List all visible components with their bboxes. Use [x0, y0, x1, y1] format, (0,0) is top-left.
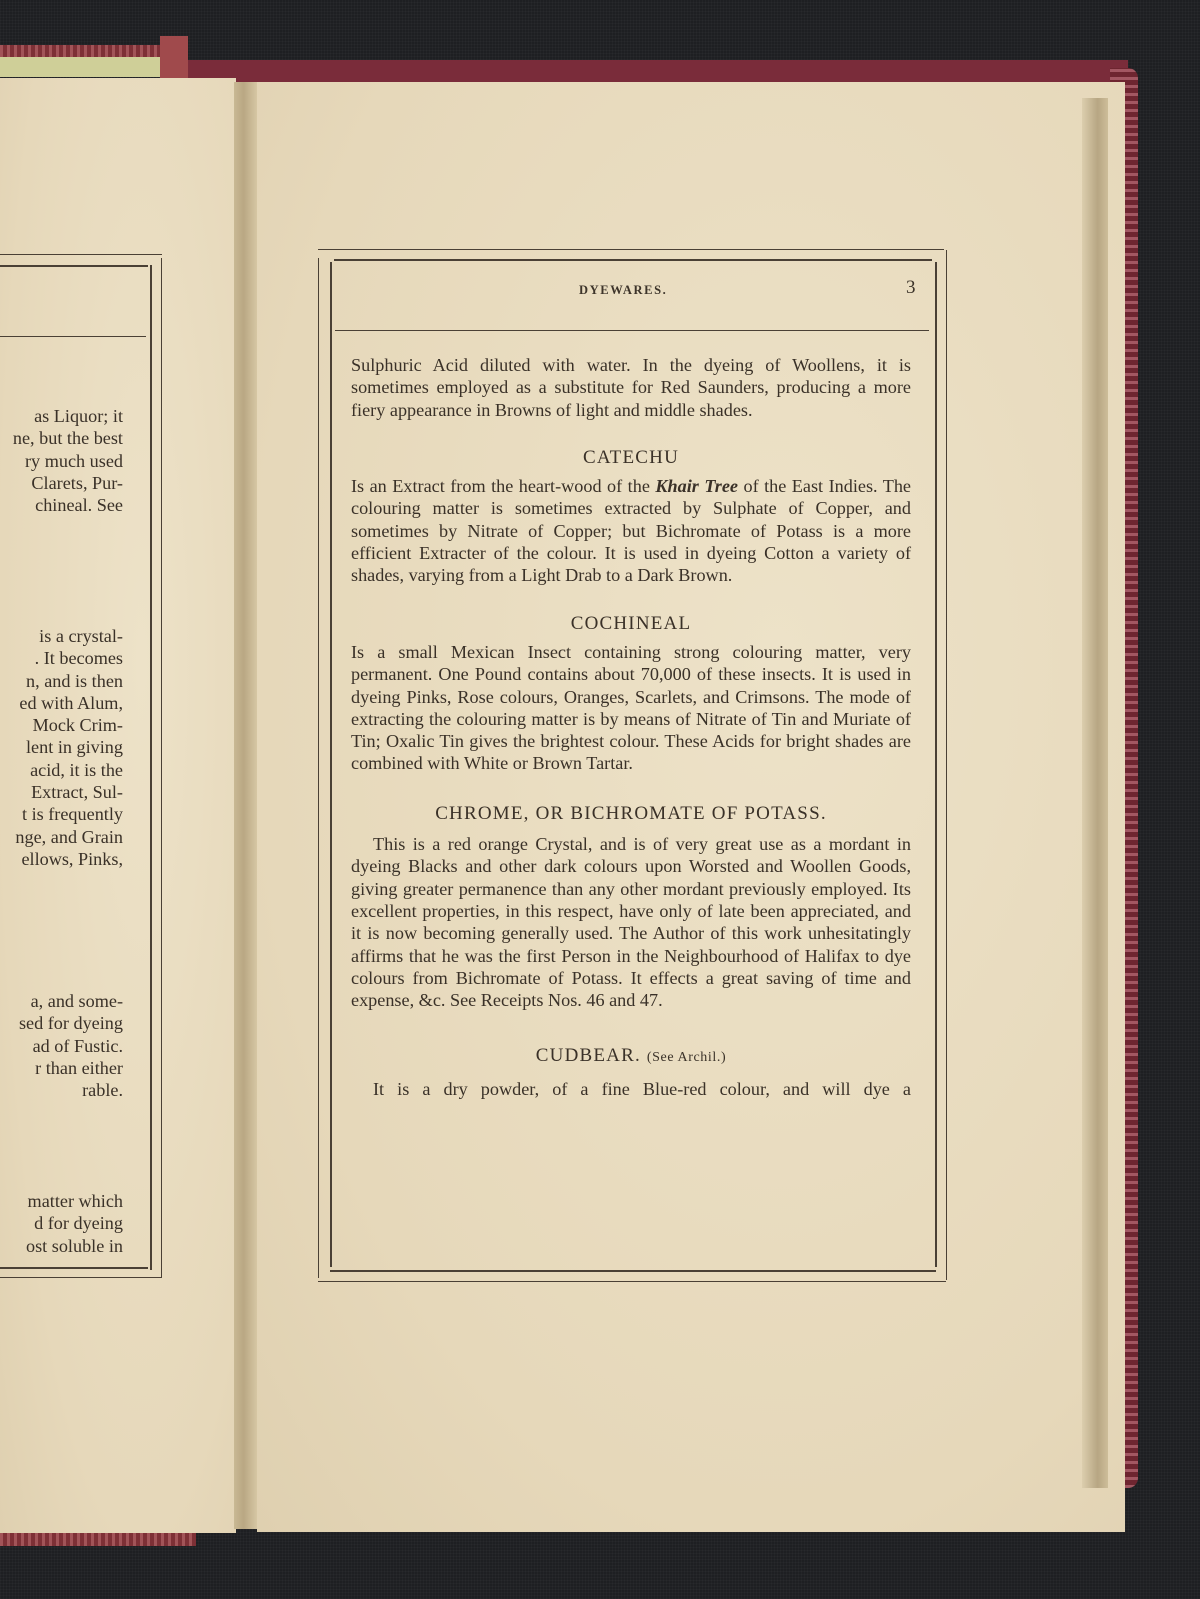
continued-paragraph: Sulphuric Acid diluted with water. In th… [351, 354, 911, 421]
left-frame-inner-bottom [0, 1267, 148, 1269]
right-frame-outer-top [318, 249, 944, 250]
left-frame-inner-right [150, 265, 152, 1270]
entry-heading-chrome: CHROME, OR BICHROMATE OF POTASS. [351, 803, 911, 825]
entry-body-cudbear: It is a dry powder, of a fine Blue-red c… [351, 1078, 911, 1100]
left-cover-bottom-edge [0, 1532, 196, 1546]
left-header-rule [0, 336, 146, 337]
right-page-fore-edge [1082, 98, 1108, 1488]
running-header: DYEWARES. [579, 283, 667, 298]
right-frame-outer-right [946, 250, 947, 1280]
right-frame-inner-bottom [330, 1270, 936, 1272]
right-page-body: Sulphuric Acid diluted with water. In th… [351, 354, 911, 1100]
right-frame-outer-bottom [318, 1281, 946, 1282]
entry-body-chrome: This is a red orange Crystal, and is of … [351, 833, 911, 1011]
entry-heading-cudbear: CUDBEAR. (See Archil.) [351, 1045, 911, 1069]
book-gutter [234, 82, 258, 1529]
cross-reference: (See Archil.) [647, 1050, 726, 1065]
left-frame-inner-top [0, 265, 148, 267]
entry-body-catechu: Is an Extract from the heart-wood of the… [351, 475, 911, 586]
left-endpaper-edge [0, 57, 162, 77]
right-frame-inner-left [330, 262, 332, 1267]
right-frame-inner-right [935, 262, 937, 1267]
right-cover-top-edge [188, 60, 1128, 84]
entry-heading-catechu: CATECHU [351, 447, 911, 469]
spine-top-edge [160, 36, 188, 78]
left-page-text-block-3: a, and some- sed for dyeing ad of Fustic… [0, 990, 123, 1101]
left-frame-outer-right [161, 258, 162, 1278]
left-page-text-block-4: matter which d for dyeing ost soluble in [0, 1190, 123, 1257]
left-frame-outer-top [0, 254, 162, 255]
left-frame-outer-bottom [0, 1277, 162, 1278]
italic-term: Khair Tree [655, 476, 738, 496]
entry-heading-cochineal: COCHINEAL [351, 613, 911, 635]
entry-body-cochineal: Is a small Mexican Insect containing str… [351, 641, 911, 775]
left-page-text-block-1: as Liquor; it ne, but the best ry much u… [0, 405, 123, 516]
left-page-text-block-2: is a crystal- . It becomes n, and is the… [0, 625, 123, 870]
right-header-rule [335, 330, 929, 331]
page-number: 3 [906, 277, 916, 299]
right-frame-inner-top [334, 259, 932, 261]
right-frame-outer-left [318, 258, 319, 1278]
